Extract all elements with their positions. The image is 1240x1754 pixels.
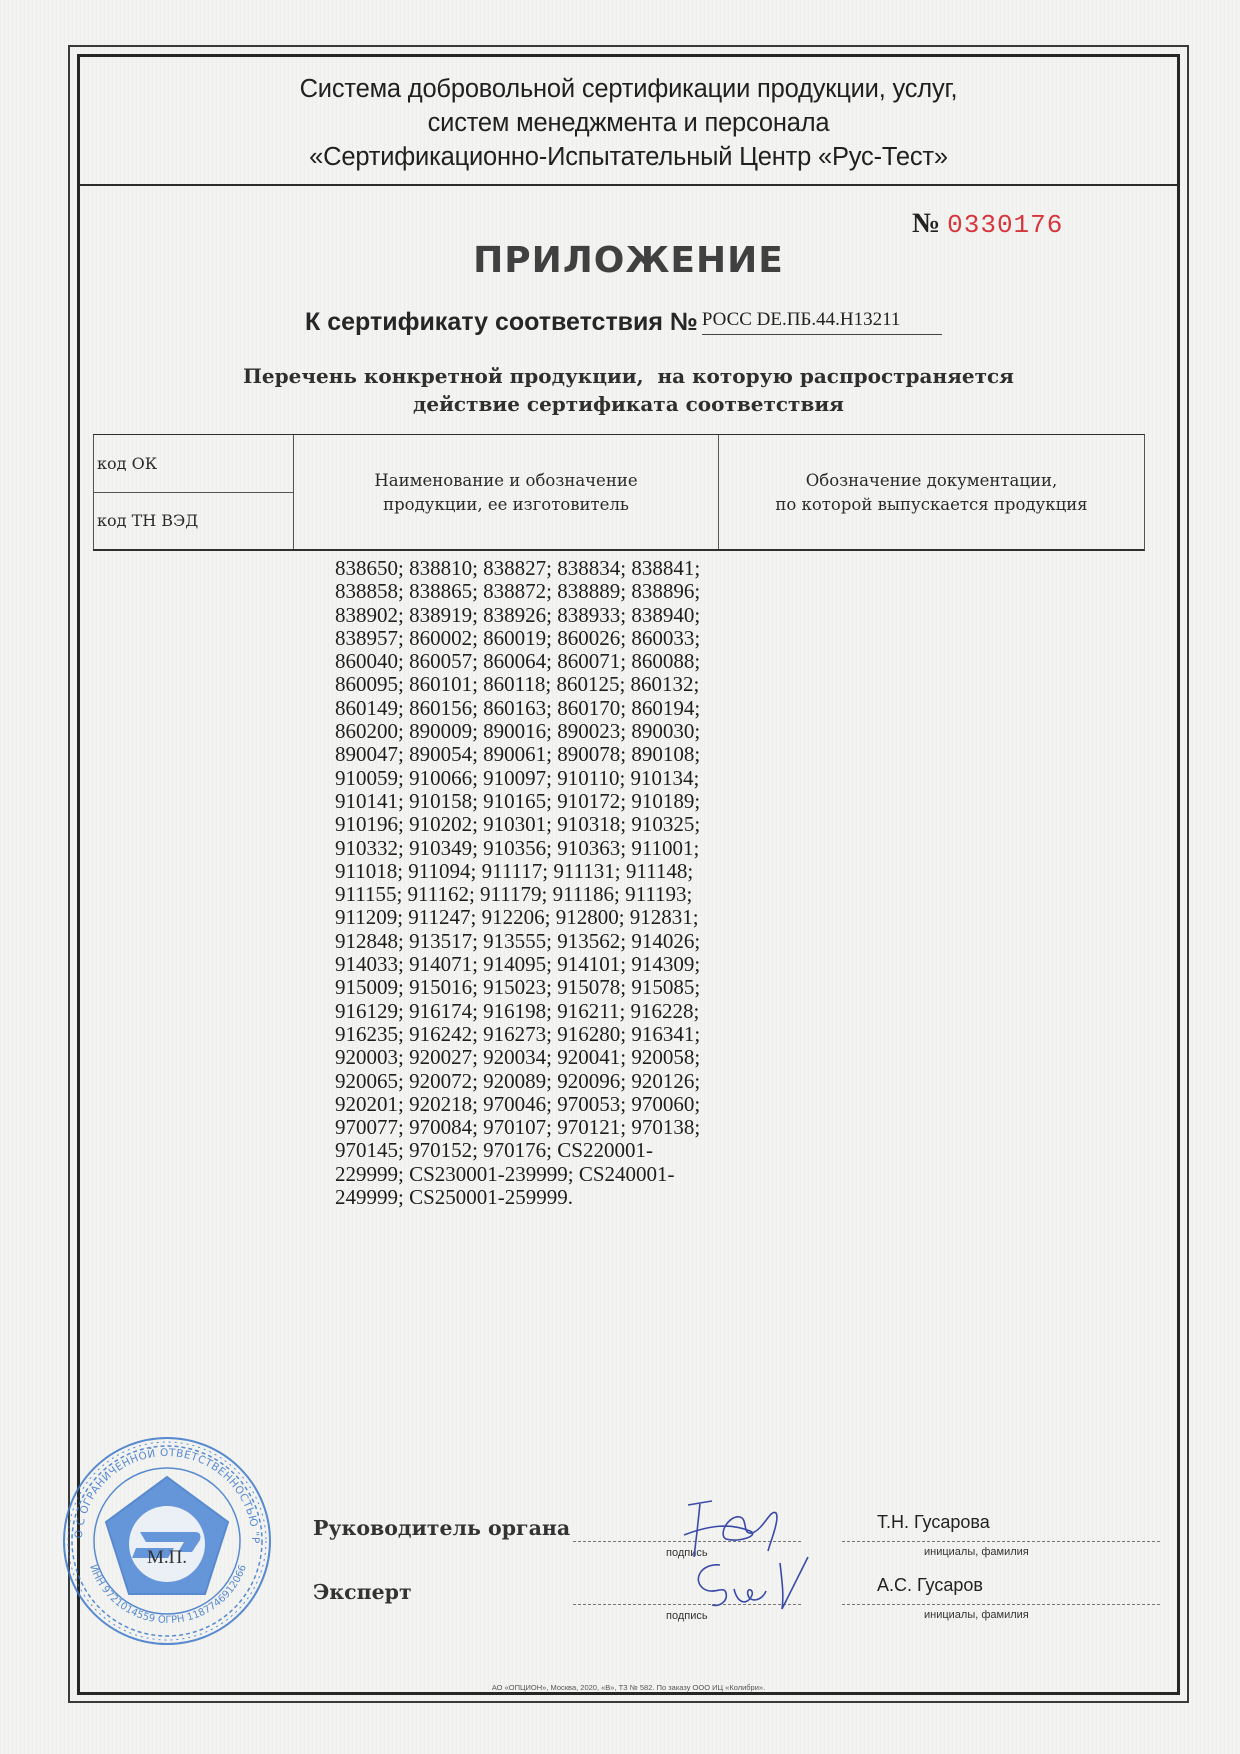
expert-name: А.С. Гусаров (877, 1575, 983, 1596)
head-name-line (842, 1541, 1160, 1542)
expert-signature-icon (690, 1555, 820, 1615)
documentation-header-line-1: Обозначение документации, (775, 469, 1087, 493)
header-divider (80, 184, 1177, 186)
head-name-caption: инициалы, фамилия (924, 1546, 1029, 1558)
product-codes-line: 920065; 920072; 920089; 920096; 920126; (335, 1070, 705, 1093)
blank-number-value: 0330176 (947, 210, 1063, 240)
product-codes-line: 911209; 911247; 912206; 912800; 912831; (335, 906, 705, 929)
product-name-header: Наименование и обозначение продукции, ее… (294, 435, 719, 549)
product-codes-line: 970145; 970152; 970176; CS220001- (335, 1139, 705, 1162)
product-codes-line: 911155; 911162; 911179; 911186; 911193; (335, 883, 705, 906)
scope-line-2: действие сертификата соответствия (80, 390, 1177, 418)
product-codes-line: 910141; 910158; 910165; 910172; 910189; (335, 790, 705, 813)
documentation-header-line-2: по которой выпускается продукция (775, 493, 1087, 517)
product-codes-line: 911018; 911094; 911117; 911131; 911148; (335, 860, 705, 883)
product-codes-line: 838650; 838810; 838827; 838834; 838841; (335, 557, 705, 580)
product-codes-list: 838650; 838810; 838827; 838834; 838841;8… (335, 557, 705, 1209)
organization-stamp: ОБЩЕСТВО С ОГРАНИЧЕННОЙ ОТВЕТСТВЕННОСТЬЮ… (60, 1434, 275, 1649)
number-sign: № (912, 208, 940, 239)
product-codes-line: 838858; 838865; 838872; 838889; 838896; (335, 580, 705, 603)
product-codes-line: 970077; 970084; 970107; 970121; 970138; (335, 1116, 705, 1139)
expert-name-caption: инициалы, фамилия (924, 1609, 1029, 1621)
header-line-2: систем менеджмента и персонала (80, 106, 1177, 140)
product-codes-line: 249999; CS250001-259999. (335, 1186, 705, 1209)
expert-name-line (842, 1604, 1160, 1605)
scope-line-1: Перечень конкретной продукции, на котору… (80, 362, 1177, 390)
documentation-header: Обозначение документации, по которой вып… (719, 435, 1144, 549)
header-line-1: Система добровольной сертификации продук… (80, 72, 1177, 106)
certification-system-header: Система добровольной сертификации продук… (80, 72, 1177, 174)
product-codes-line: 229999; CS230001-239999; CS240001- (335, 1163, 705, 1186)
product-codes-line: 860095; 860101; 860118; 860125; 860132; (335, 673, 705, 696)
scope-title: Перечень конкретной продукции, на котору… (80, 362, 1177, 418)
codes-column: код ОК код ТН ВЭД (93, 435, 294, 549)
document-title: ПРИЛОЖЕНИЕ (80, 240, 1177, 281)
code-tn-ved-header: код ТН ВЭД (94, 493, 293, 550)
product-codes-line: 920201; 920218; 970046; 970053; 970060; (335, 1093, 705, 1116)
product-codes-line: 910059; 910066; 910097; 910110; 910134; (335, 767, 705, 790)
product-codes-line: 912848; 913517; 913555; 913562; 914026; (335, 930, 705, 953)
product-codes-line: 910332; 910349; 910356; 910363; 911001; (335, 837, 705, 860)
certificate-number: РОСС DE.ПБ.44.Н13211 (702, 310, 942, 335)
head-role-label: Руководитель органа (313, 1516, 570, 1540)
product-codes-line: 838902; 838919; 838926; 838933; 838940; (335, 604, 705, 627)
certificate-reference: К сертификату соответствия № РОСС DE.ПБ.… (305, 308, 942, 337)
product-codes-line: 916129; 916174; 916198; 916211; 916228; (335, 1000, 705, 1023)
product-codes-line: 915009; 915016; 915023; 915078; 915085; (335, 976, 705, 999)
certificate-reference-label: К сертификату соответствия № (305, 308, 698, 337)
seal-place-label: М.П. (147, 1547, 187, 1568)
product-codes-line: 916235; 916242; 916273; 916280; 916341; (335, 1023, 705, 1046)
product-codes-line: 910196; 910202; 910301; 910318; 910325; (335, 813, 705, 836)
blank-number: № 0330176 (912, 208, 1063, 240)
printing-footer: АО «ОПЦИОН», Москва, 2020, «В», ТЗ № 582… (80, 1683, 1177, 1692)
product-codes-line: 838957; 860002; 860019; 860026; 860033; (335, 627, 705, 650)
code-ok-header: код ОК (94, 435, 293, 493)
product-codes-line: 860200; 890009; 890016; 890023; 890030; (335, 720, 705, 743)
product-codes-line: 920003; 920027; 920034; 920041; 920058; (335, 1046, 705, 1069)
product-codes-line: 860149; 860156; 860163; 860170; 860194; (335, 697, 705, 720)
products-table-header: код ОК код ТН ВЭД Наименование и обознач… (93, 434, 1145, 551)
head-name: Т.Н. Гусарова (877, 1512, 990, 1533)
product-name-header-line-1: Наименование и обозначение (374, 469, 637, 493)
header-line-3: «Сертификационно-Испытательный Центр «Ру… (80, 140, 1177, 174)
product-name-header-line-2: продукции, ее изготовитель (374, 493, 637, 517)
product-codes-line: 890047; 890054; 890061; 890078; 890108; (335, 743, 705, 766)
expert-role-label: Эксперт (313, 1580, 412, 1604)
product-codes-line: 860040; 860057; 860064; 860071; 860088; (335, 650, 705, 673)
product-codes-line: 914033; 914071; 914095; 914101; 914309; (335, 953, 705, 976)
